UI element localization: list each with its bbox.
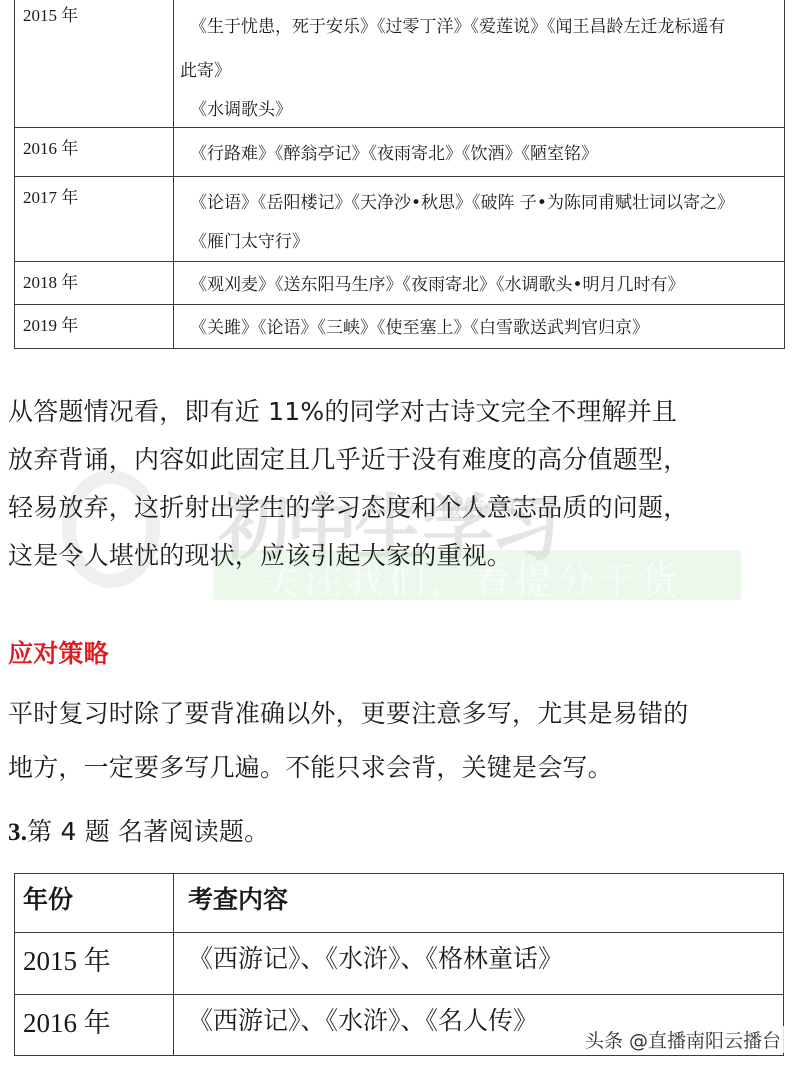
section-title: 第 4 题 名著阅读题。 <box>27 817 269 846</box>
analysis-paragraph: 从答题情况看，即有近 11%的同学对古诗文完全不理解并且 放弃背诵，内容如此固定… <box>8 388 798 580</box>
section-number: 3. <box>8 819 27 846</box>
content-line: 《关雎》《论语》《三峡》《使至塞上》《白雪歌送武判官归京》 <box>190 309 784 347</box>
content-cell: 《关雎》《论语》《三峡》《使至塞上》《白雪歌送武判官归京》 <box>174 305 785 349</box>
content-cell: 《观刈麦》《送东阳马生序》《夜雨寄北》《水调歌头•明月几时有》 <box>174 262 785 305</box>
content-cell: 《生于忧患，死于安乐》《过零丁洋》《爱莲说》《闻王昌龄左迁龙标遥有 此寄》 《水… <box>174 0 785 128</box>
strategy-paragraph: 平时复习时除了要背准确以外，更要注意多写，尤其是易错的 地方，一定要多写几遍。不… <box>8 690 798 792</box>
strategy-heading: 应对策略 <box>8 630 798 678</box>
paragraph-line: 放弃背诵，内容如此固定且几乎近于没有难度的高分值题型， <box>8 436 798 484</box>
content-cell: 《论语》《岳阳楼记》《天净沙•秋思》《破阵 子•为陈同甫赋壮词以寄之》 《雁门太… <box>174 177 785 262</box>
year-cell: 2017 年 <box>15 177 174 262</box>
paragraph-line: 地方，一定要多写几遍。不能只求会背，关键是会写。 <box>8 744 798 792</box>
content-line: 《雁门太守行》 <box>190 225 784 259</box>
table-row: 2015 年 《西游记》、《水浒》、《格林童话》 <box>15 933 784 995</box>
year-cell: 2018 年 <box>15 262 174 305</box>
paragraph-line: 这是令人堪忧的现状，应该引起大家的重视。 <box>8 532 798 580</box>
table-header-row: 年份 考查内容 <box>15 874 784 933</box>
content-cell: 《西游记》、《水浒》、《格林童话》 <box>174 933 784 995</box>
paragraph-line: 轻易放弃，这折射出学生的学习态度和个人意志品质的问题， <box>8 484 798 532</box>
content-line: 《论语》《岳阳楼记》《天净沙•秋思》《破阵 子•为陈同甫赋壮词以寄之》 <box>190 181 784 225</box>
table-row: 2016 年 《行路难》《醉翁亭记》《夜雨寄北》《饮酒》《陋室铭》 <box>15 128 785 177</box>
table-row: 2015 年 《生于忧患，死于安乐》《过零丁洋》《爱莲说》《闻王昌龄左迁龙标遥有… <box>15 0 785 128</box>
header-content: 考查内容 <box>174 874 784 933</box>
paragraph-line: 平时复习时除了要背准确以外，更要注意多写，尤其是易错的 <box>8 690 798 738</box>
year-cell: 2016 年 <box>15 128 174 177</box>
section-3-heading: 3.第 4 题 名著阅读题。 <box>8 808 798 857</box>
content-line: 《生于忧患，死于安乐》《过零丁洋》《爱莲说》《闻王昌龄左迁龙标遥有 <box>190 5 784 49</box>
paragraph-line: 从答题情况看，即有近 11%的同学对古诗文完全不理解并且 <box>8 388 798 436</box>
content-line: 《水调歌头》 <box>190 93 784 127</box>
table-row: 2017 年 《论语》《岳阳楼记》《天净沙•秋思》《破阵 子•为陈同甫赋壮词以寄… <box>15 177 785 262</box>
year-cell: 2016 年 <box>15 995 174 1056</box>
source-watermark: 头条 @直播南阳云播台 <box>582 1026 784 1053</box>
year-cell: 2019 年 <box>15 305 174 349</box>
year-cell: 2015 年 <box>15 933 174 995</box>
header-year: 年份 <box>15 874 174 933</box>
content-line: 《观刈麦》《送东阳马生序》《夜雨寄北》《水调歌头•明月几时有》 <box>190 266 784 304</box>
content-line: 此寄》 <box>180 49 784 93</box>
content-line: 《行路难》《醉翁亭记》《夜雨寄北》《饮酒》《陋室铭》 <box>190 132 784 176</box>
content-cell: 《行路难》《醉翁亭记》《夜雨寄北》《饮酒》《陋室铭》 <box>174 128 785 177</box>
table-row: 2019 年 《关雎》《论语》《三峡》《使至塞上》《白雪歌送武判官归京》 <box>15 305 785 349</box>
poetry-exam-table: 2015 年 《生于忧患，死于安乐》《过零丁洋》《爱莲说》《闻王昌龄左迁龙标遥有… <box>14 0 785 349</box>
year-cell: 2015 年 <box>15 0 174 128</box>
table-row: 2018 年 《观刈麦》《送东阳马生序》《夜雨寄北》《水调歌头•明月几时有》 <box>15 262 785 305</box>
